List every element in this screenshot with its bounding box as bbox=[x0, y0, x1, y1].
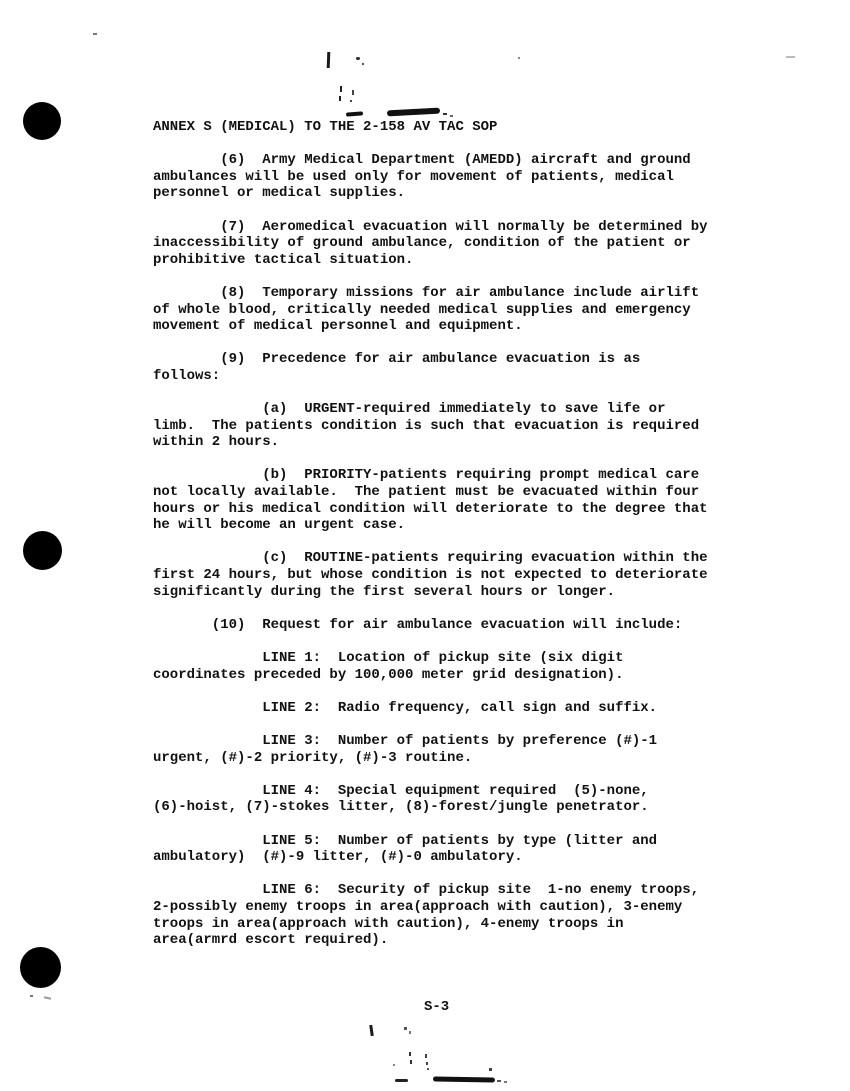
smudge-mark bbox=[44, 996, 51, 999]
smudge-mark bbox=[504, 1081, 507, 1083]
subparagraph-9b: (b) PRIORITY-patients requiring prompt m… bbox=[153, 467, 753, 533]
smudge-mark bbox=[409, 1052, 411, 1056]
smudge-mark bbox=[362, 63, 364, 65]
document-header: ANNEX S (MEDICAL) TO THE 2-158 AV TAC SO… bbox=[153, 119, 753, 136]
smudge-mark bbox=[327, 52, 331, 68]
smudge-mark bbox=[340, 86, 342, 92]
paragraph-7: (7) Aeromedical evacuation will normally… bbox=[153, 219, 753, 269]
paragraph-6: (6) Army Medical Department (AMEDD) airc… bbox=[153, 152, 753, 202]
smudge-mark bbox=[497, 1080, 501, 1082]
line-item-6: LINE 6: Security of pickup site 1-no ene… bbox=[153, 882, 753, 948]
smudge-mark bbox=[352, 90, 354, 95]
smudge-mark bbox=[339, 96, 341, 101]
line-item-5: LINE 5: Number of patients by type (litt… bbox=[153, 833, 753, 866]
punch-hole-middle bbox=[23, 531, 62, 570]
smudge-mark bbox=[425, 1054, 427, 1058]
smudge-mark bbox=[433, 1076, 495, 1082]
line-item-3: LINE 3: Number of patients by preference… bbox=[153, 733, 753, 766]
smudge-mark bbox=[350, 100, 352, 102]
smudge-mark bbox=[395, 1079, 408, 1082]
smudge-mark bbox=[427, 1068, 429, 1070]
paragraph-10: (10) Request for air ambulance evacuatio… bbox=[153, 617, 753, 634]
smudge-mark bbox=[518, 57, 520, 59]
smudge-mark bbox=[404, 1027, 407, 1030]
paragraph-8: (8) Temporary missions for air ambulance… bbox=[153, 285, 753, 335]
document-body: ANNEX S (MEDICAL) TO THE 2-158 AV TAC SO… bbox=[153, 119, 753, 965]
smudge-mark bbox=[450, 115, 453, 117]
scanned-document-page: ANNEX S (MEDICAL) TO THE 2-158 AV TAC SO… bbox=[0, 0, 850, 1091]
smudge-mark bbox=[393, 1064, 395, 1066]
smudge-mark bbox=[443, 113, 447, 115]
smudge-mark bbox=[409, 1031, 411, 1034]
punch-hole-top bbox=[23, 102, 61, 140]
punch-hole-bottom bbox=[20, 947, 61, 988]
line-item-1: LINE 1: Location of pickup site (six dig… bbox=[153, 650, 753, 683]
smudge-mark bbox=[93, 33, 97, 35]
line-item-2: LINE 2: Radio frequency, call sign and s… bbox=[153, 700, 753, 717]
subparagraph-9c: (c) ROUTINE-patients requiring evacuatio… bbox=[153, 550, 753, 600]
smudge-mark bbox=[426, 1062, 428, 1065]
page-number: S-3 bbox=[424, 999, 449, 1016]
smudge-mark bbox=[387, 108, 440, 117]
smudge-mark bbox=[30, 995, 33, 997]
smudge-mark bbox=[786, 56, 795, 58]
smudge-mark bbox=[410, 1060, 412, 1064]
line-item-4: LINE 4: Special equipment required (5)-n… bbox=[153, 783, 753, 816]
smudge-mark bbox=[356, 57, 360, 60]
smudge-mark bbox=[369, 1025, 374, 1036]
subparagraph-9a: (a) URGENT-required immediately to save … bbox=[153, 401, 753, 451]
smudge-mark bbox=[489, 1068, 492, 1071]
smudge-mark bbox=[346, 111, 363, 116]
paragraph-9: (9) Precedence for air ambulance evacuat… bbox=[153, 351, 753, 384]
